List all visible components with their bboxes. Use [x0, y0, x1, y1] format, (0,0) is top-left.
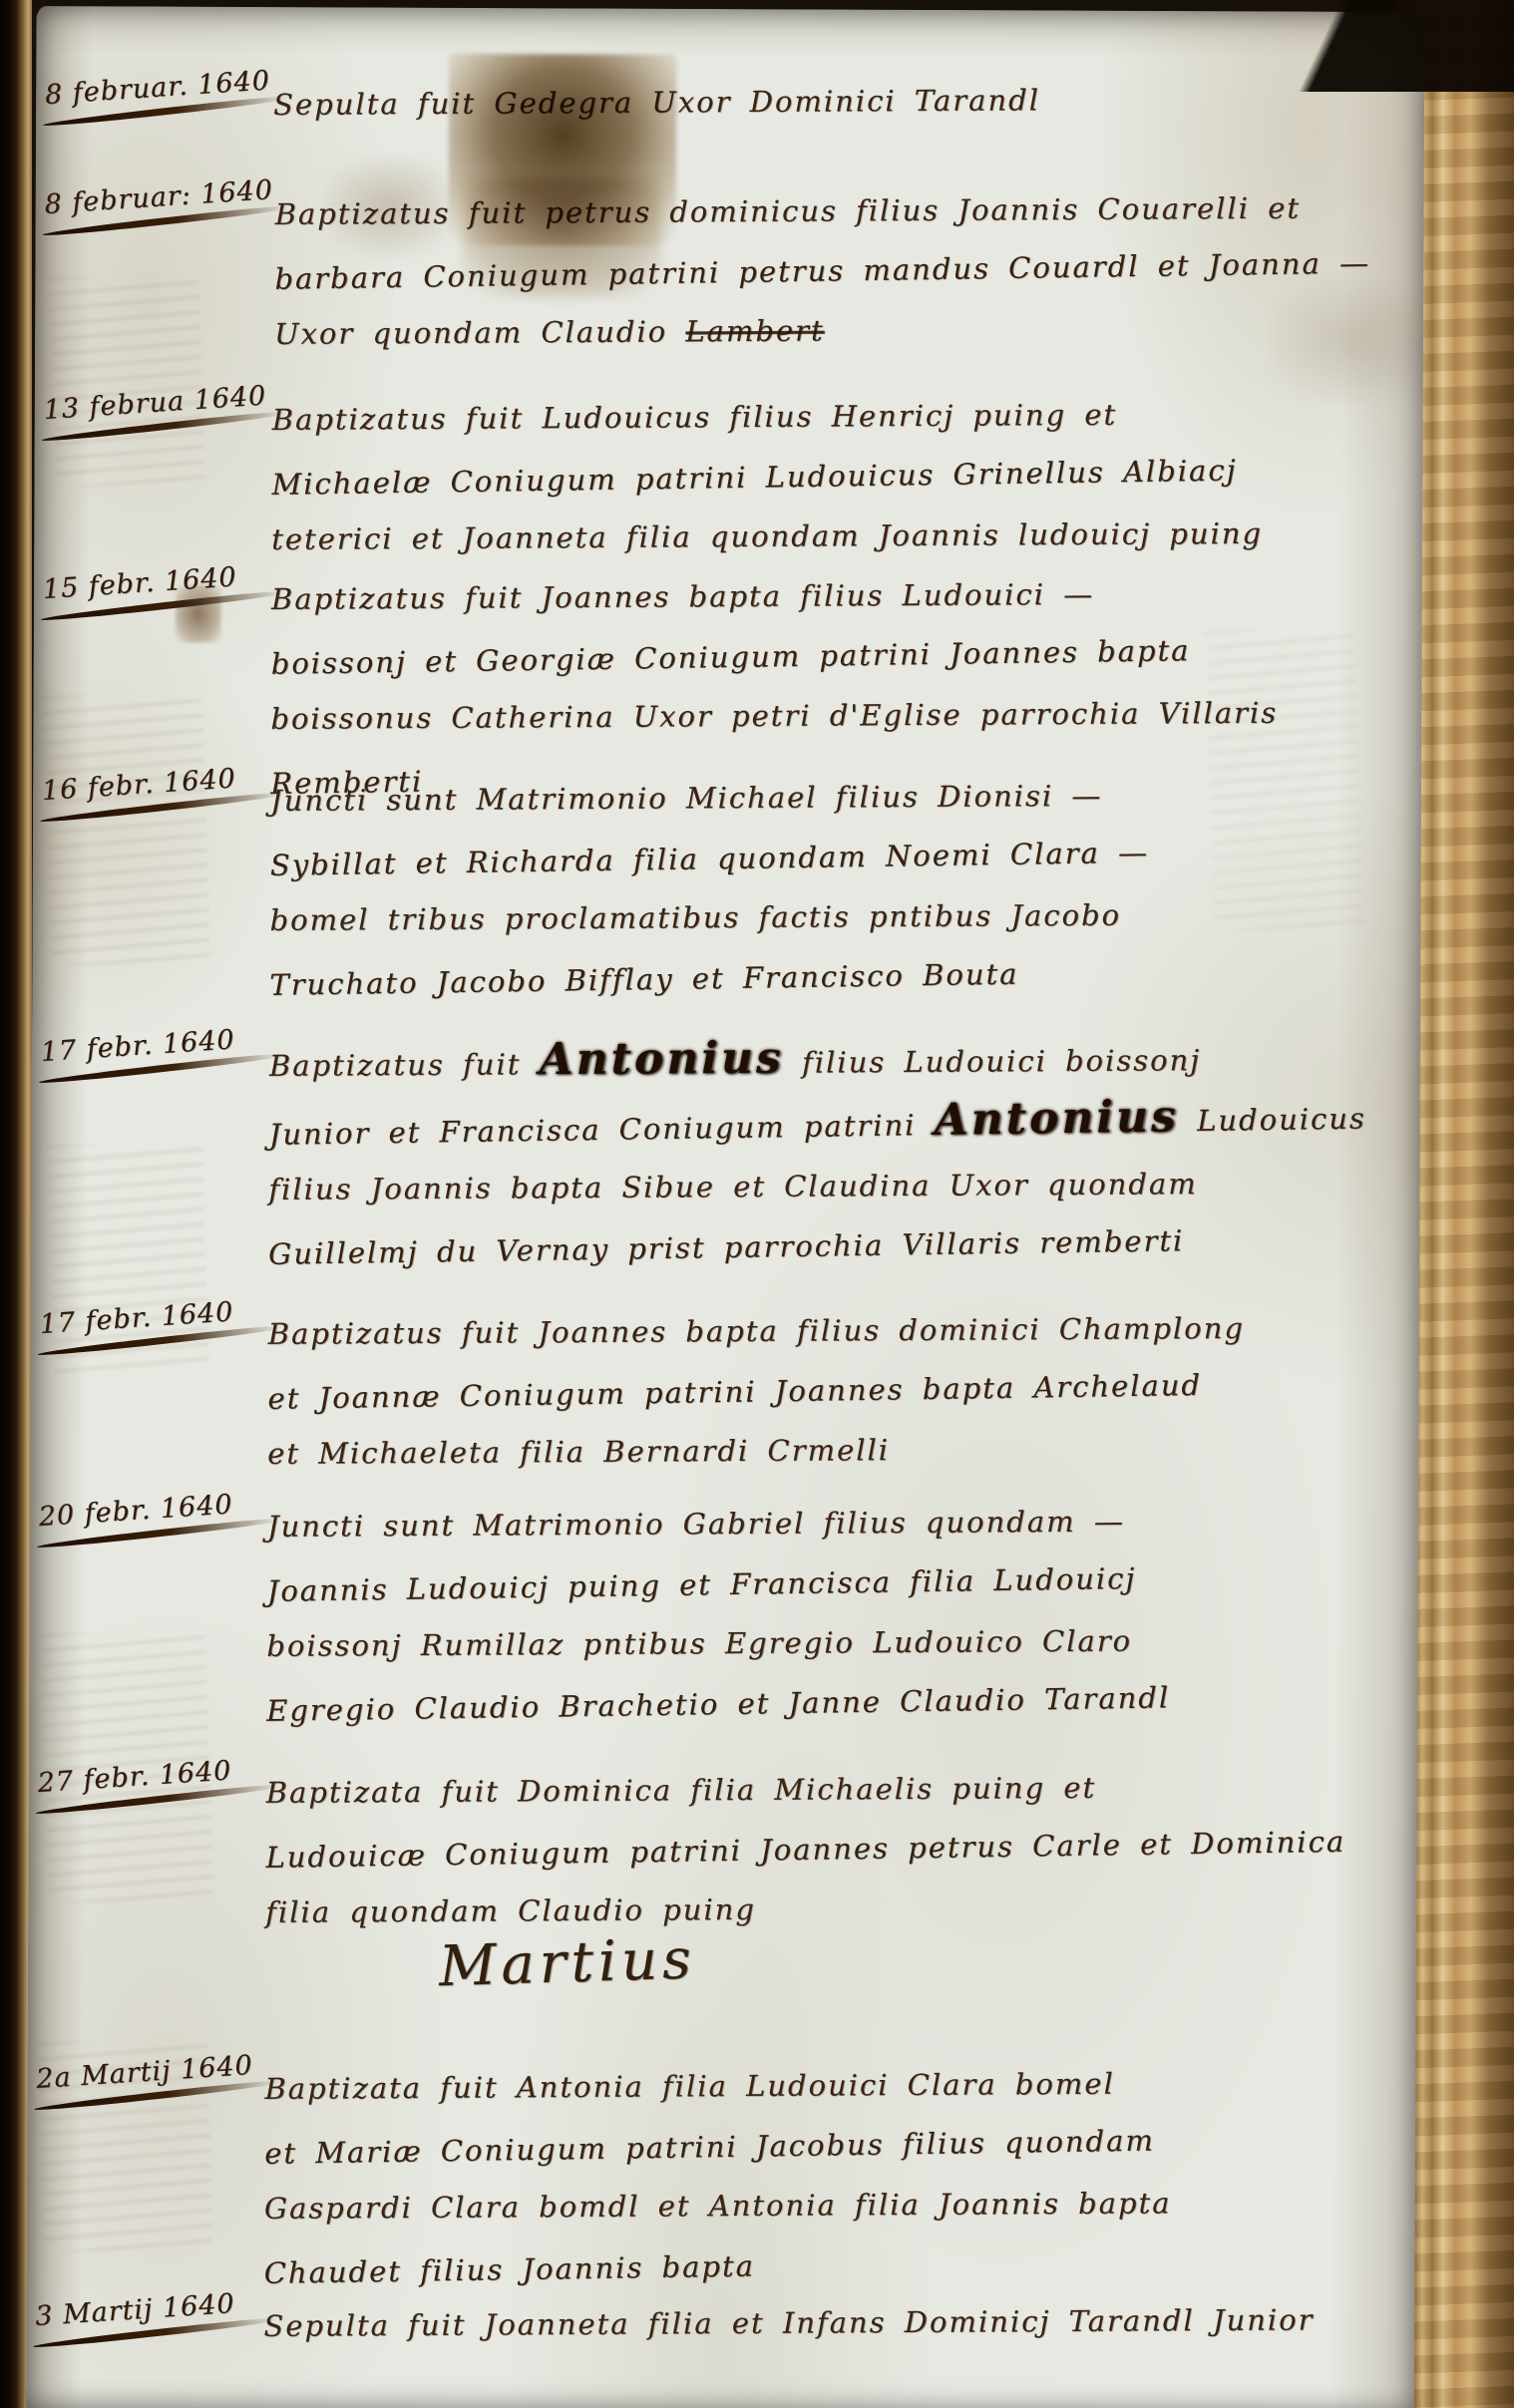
entry-date: 20 febr. 1640	[37, 1475, 266, 1533]
entry-lines: Baptizatus fuit petrus dominicus filius …	[274, 178, 1424, 363]
register-entry: 2a Martij 1640Baptizata fuit Antonia fil…	[27, 2052, 1416, 2297]
emphasized-name: Antonius	[539, 1033, 784, 1085]
entry-lines: Baptizatus fuit Ludouicus filius Henricj…	[271, 384, 1423, 568]
entry-line: Sepulta fuit Joanneta filia et Infans Do…	[263, 2289, 1384, 2356]
entry-lines: Baptizatus fuit Joannes bapta filius dom…	[267, 1298, 1419, 1483]
register-entry: 17 febr. 1640Baptizatus fuit Joannes bap…	[30, 1297, 1419, 1483]
register-entry: 3 Martij 1640Sepulta fuit Joanneta filia…	[26, 2289, 1414, 2355]
entry-lines: Sepulta fuit Joanneta filia et Infans Do…	[263, 2290, 1414, 2355]
entry-date: 8 februar. 1640	[43, 53, 272, 111]
entry-date: 13 februa 1640	[42, 368, 271, 426]
entry-date: 8 februar: 1640	[43, 163, 274, 220]
entry-line: Egregio Claudio Brachetio et Janne Claud…	[266, 1664, 1388, 1741]
entries-layer: 8 februar. 1640Sepulta fuit Gedegra Uxor…	[26, 6, 1424, 2408]
register-entry: 27 febr. 1640Baptizata fuit Dominica fil…	[28, 1756, 1417, 1941]
entry-lines: Juncti sunt Matrimonio Gabriel filius qu…	[266, 1491, 1418, 1735]
entry-line: filia quondam Claudio puing	[265, 1876, 1386, 1942]
entry-line: Uxor quondam Claudio Lambert	[274, 297, 1394, 364]
entry-line: Guillelmj du Vernay prist parrochia Vill…	[268, 1207, 1390, 1284]
manuscript-scan: 8 februar. 1640Sepulta fuit Gedegra Uxor…	[0, 0, 1514, 2408]
entry-line: et Michaeleta filia Bernardi Crmelli	[267, 1417, 1388, 1484]
register-entry: 8 februar: 1640Baptizatus fuit petrus do…	[35, 177, 1424, 363]
register-entry: 20 febr. 1640Juncti sunt Matrimonio Gabr…	[29, 1490, 1418, 1735]
struck-word: Lambert	[685, 314, 825, 349]
entry-line: Junior et Francisca Coniugum patrini Ant…	[268, 1084, 1390, 1165]
register-entry: 13 februa 1640Baptizatus fuit Ludouicus …	[34, 383, 1423, 568]
entry-line: teterici et Joanneta filia quondam Joann…	[271, 503, 1392, 569]
entry-lines: Baptizata fuit Antonia filia Ludouici Cl…	[264, 2053, 1416, 2297]
entry-lines: Juncti sunt Matrimonio Michael filius Di…	[269, 765, 1421, 1009]
entry-lines: Baptizata fuit Dominica filia Michaelis …	[265, 1757, 1417, 1941]
register-entry: 16 febr. 1640Juncti sunt Matrimonio Mich…	[32, 764, 1421, 1009]
register-entry: 17 febr. 1640Baptizatus fuit Antonius fi…	[31, 1025, 1420, 1278]
torn-corner-shadow	[1185, 0, 1514, 92]
entry-date: 17 febr. 1640	[39, 1010, 268, 1068]
entry-lines: Baptizatus fuit Antonius filius Ludouici…	[268, 1026, 1420, 1278]
manuscript-page: 8 februar. 1640Sepulta fuit Gedegra Uxor…	[26, 6, 1424, 2408]
entry-line: Truchato Jacobo Bifflay et Francisco Bou…	[269, 938, 1391, 1015]
entry-date: 27 febr. 1640	[36, 1741, 265, 1799]
entry-date: 2a Martij 1640	[35, 2037, 264, 2095]
entry-line: Baptizatus fuit Antonius filius Ludouici…	[269, 1025, 1390, 1096]
emphasized-name: Antonius	[934, 1091, 1179, 1146]
month-heading: Martius	[438, 1926, 697, 1999]
entry-date: 17 febr. 1640	[38, 1282, 267, 1340]
